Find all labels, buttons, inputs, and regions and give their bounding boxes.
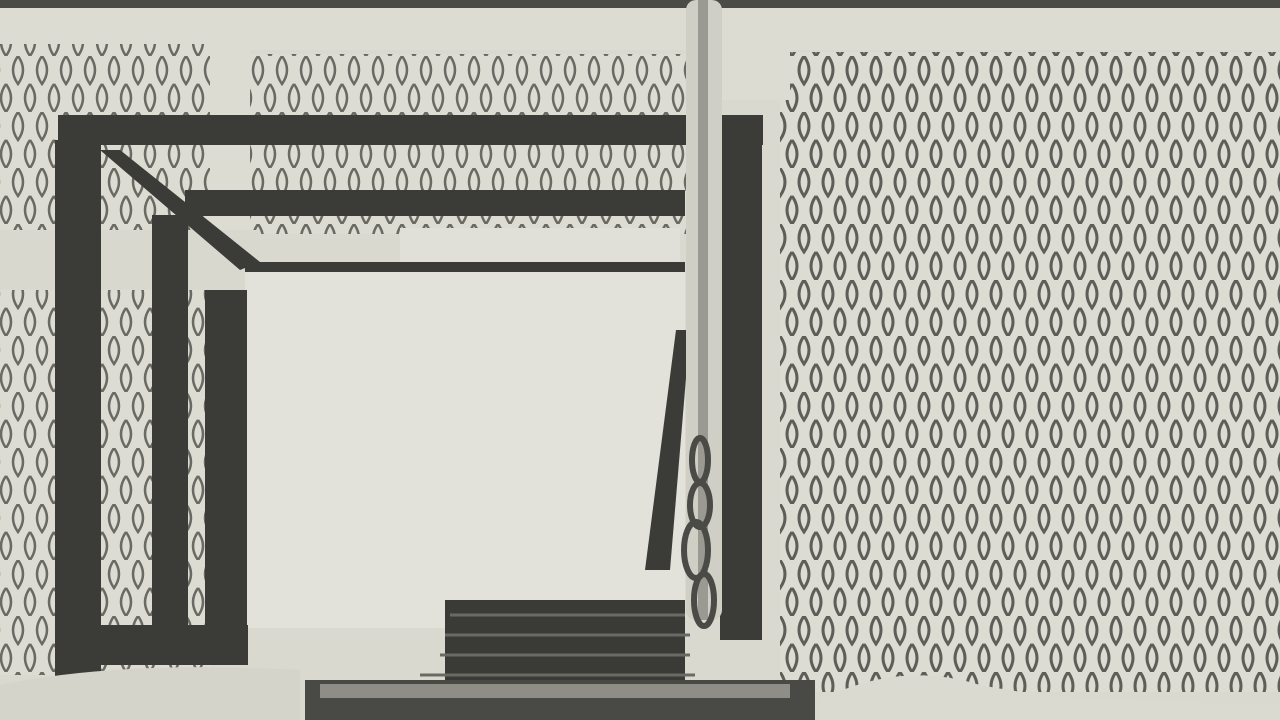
top-edge bbox=[0, 0, 1280, 8]
mesh-panel-right bbox=[780, 52, 1280, 692]
hatch-opening bbox=[245, 268, 685, 628]
snowy-ladder-hatch-photo bbox=[0, 0, 1280, 720]
